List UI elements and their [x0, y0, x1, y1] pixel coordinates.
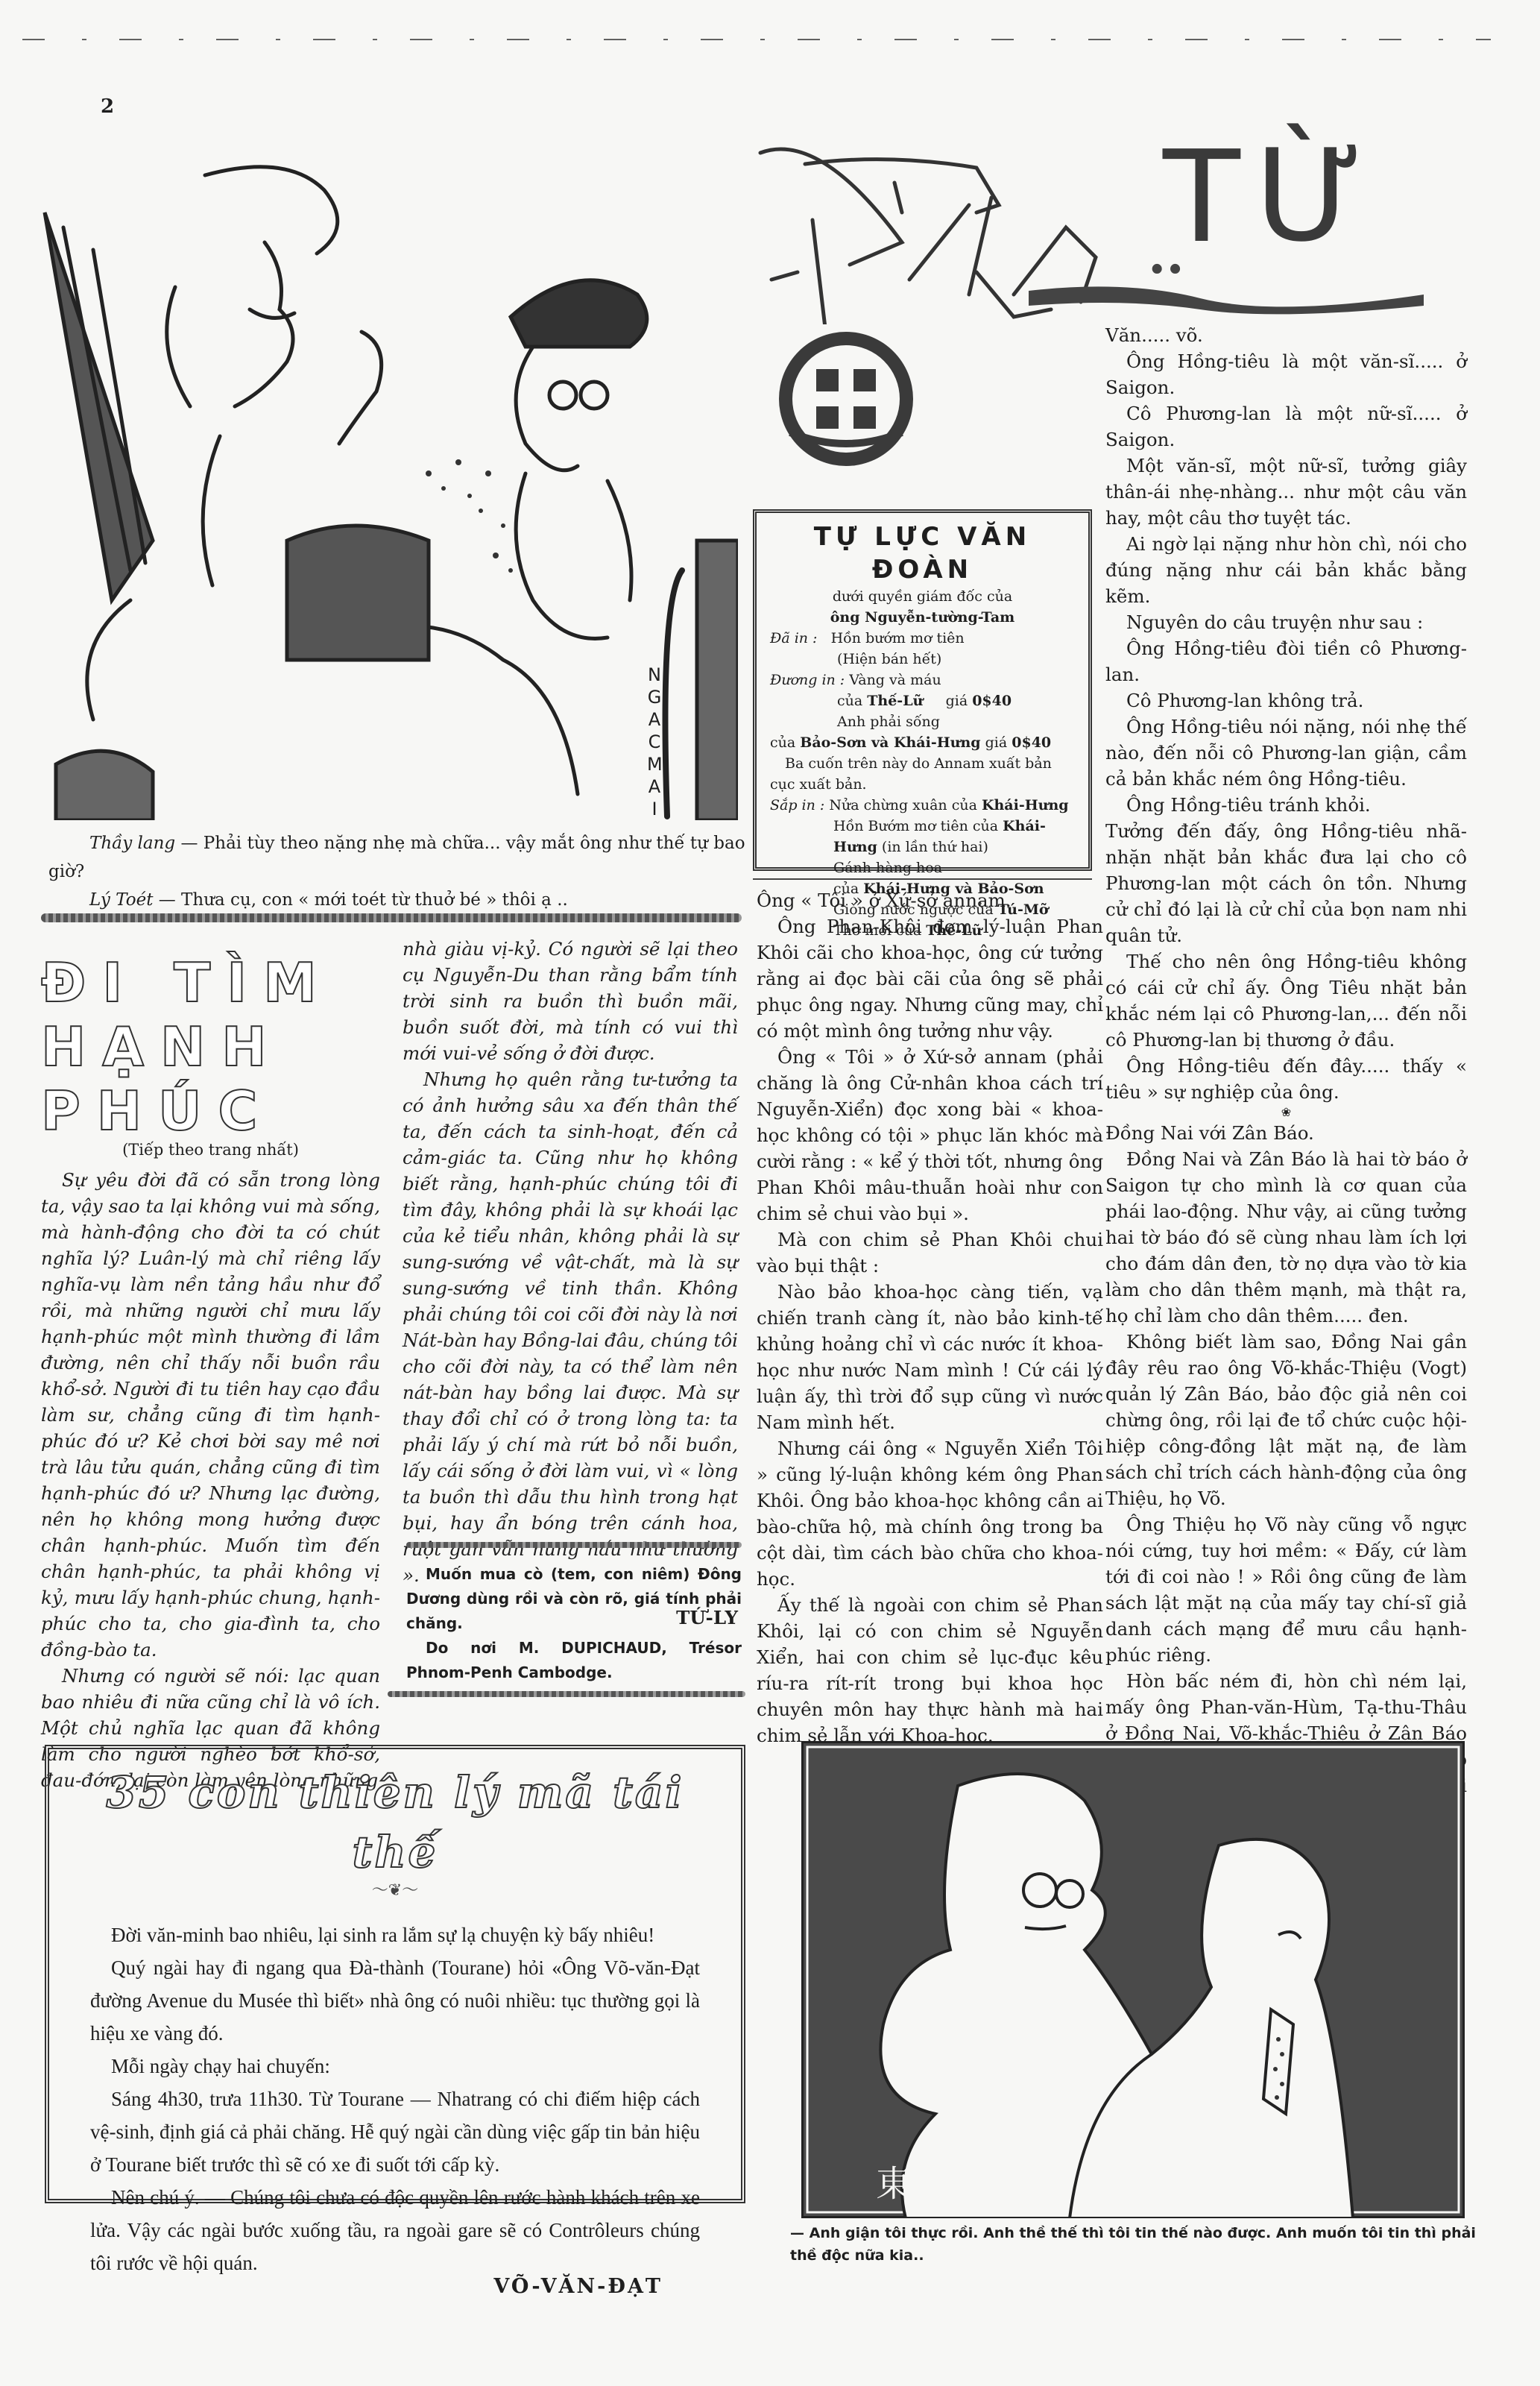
article-column-1: Sự yêu đời đã có sẵn trong lòng ta, vậy …: [41, 1167, 380, 1793]
ornament-icon: ❀: [1105, 1105, 1467, 1120]
cartoon-illustration-couple: 東: [801, 1741, 1465, 2218]
column-ong-toi: Ông « Tôi » ở Xứ-sở annam. Ông Phan-Khôi…: [757, 887, 1103, 1748]
stamp-notice: Muốn mua cò (tem, con niêm) Đông Dương d…: [406, 1562, 742, 1685]
section-heading: Ông « Tôi » ở Xứ-sở annam.: [757, 887, 1103, 913]
section-heading: Văn..... võ.: [1105, 322, 1467, 348]
caption-line-1: Thầy lang — Phải tùy theo nặng nhẹ mà ch…: [48, 829, 745, 886]
caption-line-2: Lý Toét — Thưa cụ, con « mới toét từ thu…: [48, 886, 745, 914]
ornament-icon: 〜❦〜: [90, 1877, 700, 1901]
tlvd-logo-icon: [775, 328, 917, 470]
top-rule: [22, 39, 1491, 40]
continued-note: (Tiếp theo trang nhất): [41, 1141, 380, 1159]
section-heading: Đồng Nai với Zân Báo.: [1105, 1120, 1467, 1146]
artist-signature-vertical: N G A C M A I: [647, 664, 662, 820]
cartoon-caption: — Anh giận tôi thực rồi. Anh thề thế thì…: [790, 2222, 1483, 2267]
cartoon-illustration-ly-toet: [41, 123, 738, 820]
wavy-divider: [41, 913, 742, 922]
page-number: 2: [101, 95, 114, 118]
ad-35-con-thien-ly-ma: 35 con thiên lý mã tái thế 〜❦〜 Đời văn-m…: [45, 1745, 745, 2203]
column-title: TỪ: [1163, 134, 1379, 261]
column-tu-right: Văn..... võ. Ông Hồng-tiêu là một văn-sĩ…: [1105, 322, 1467, 1825]
mosquito-illustration: [753, 123, 1491, 324]
cartoon-caption: Thầy lang — Phải tùy theo nặng nhẹ mà ch…: [48, 829, 745, 914]
divider: [406, 1542, 742, 1548]
svg-text:東: 東: [876, 2163, 912, 2205]
ad-tu-luc-van-doan: TỰ LỰC VĂN ĐOÀN dưới quyền giám đốc của …: [753, 509, 1092, 871]
divider: [753, 878, 1092, 880]
article-column-2: nhà giàu vị-kỷ. Có người sẽ lại theo cụ …: [403, 936, 738, 1631]
ad-title: 35 con thiên lý mã tái thế: [90, 1763, 700, 1882]
article-title: ĐI TÌM HẠNH PHÚC: [41, 951, 354, 1143]
divider: [388, 1691, 745, 1697]
